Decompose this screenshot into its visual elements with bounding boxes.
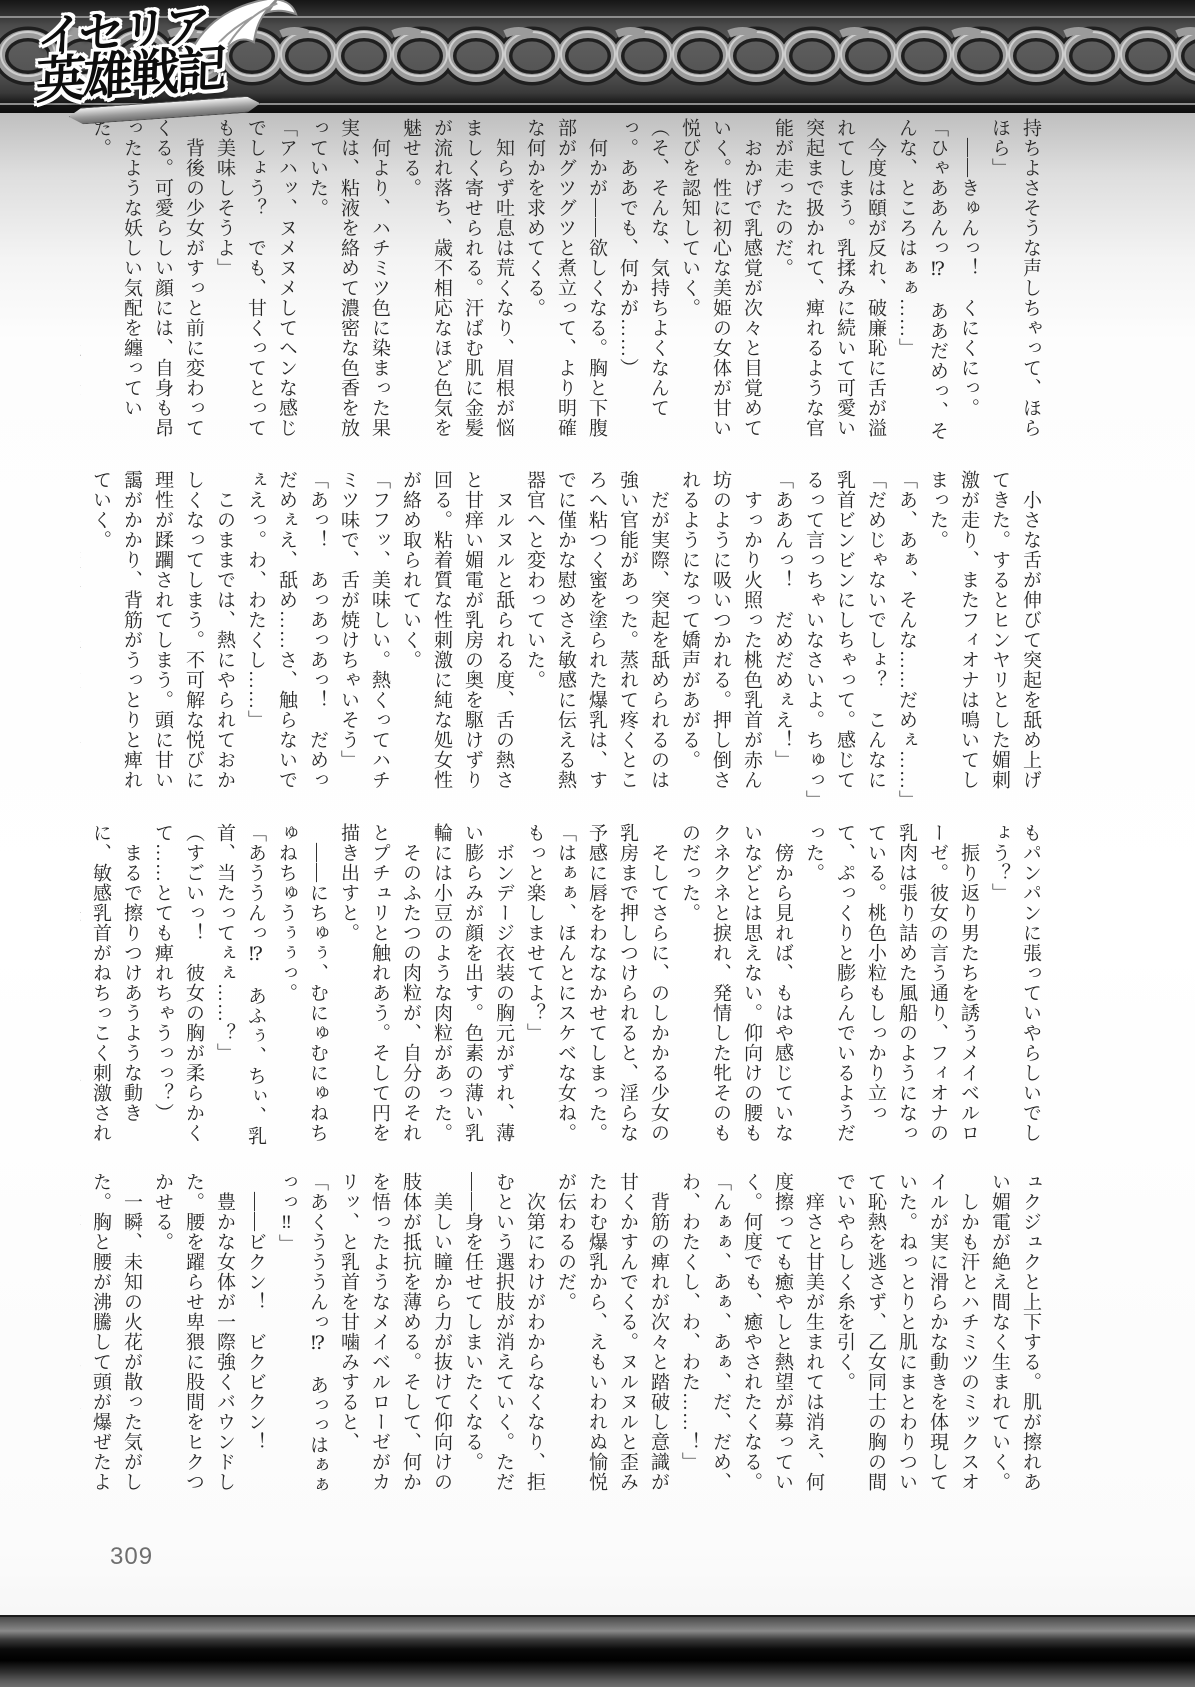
paragraph: そしてさらに、のしかかる少女の乳房まで押しつけられると、淫らな予感に唇をわななか…	[581, 823, 674, 1161]
paragraph: まるで擦りつけあうような動きに、敏感乳首がねちっこく刺激されていく。決して豊かで…	[80, 823, 147, 1161]
text-row-4: ュクジュクと上下する。肌が擦れあい媚電が絶え間なく生まれていく。 しかも汗とハチ…	[80, 1172, 1046, 1510]
paragraph: （そ、そんな、気持ちよくなんてっ。ああでも、何かが……）	[612, 118, 674, 456]
paragraph: 知らず吐息は荒くなり、眉根が悩ましく寄せられる。汗ばむ肌に金髪が流れ落ち、歳不相…	[395, 118, 519, 456]
paragraph: しかし魔姫は陰湿な笑みを浮かべ、両手で揉みながらなおも吸引してきて、恥ずかしくも…	[80, 470, 85, 808]
footer-ornament-band	[0, 1615, 1195, 1687]
paragraph: このままでは、熱にやられておかしくなってしまう。不可解な悦びに理性が蹂躙されてし…	[85, 470, 240, 808]
paragraph: おかげで乳感覚が次々と目覚めていく。性に初心な美姫の女体が甘い悦びを認知していく…	[674, 118, 767, 456]
paragraph: 痒さと甘美が生まれては消え、何度擦っても癒やしと熱望が募っていく。何度でも、癒や…	[736, 1172, 829, 1510]
paragraph: 「あ、あぁ、そんな……だめぇ……」	[891, 470, 922, 808]
paragraph: すっかり火照った桃色乳首が赤ん坊のように吸いつかれる。押し倒されるようになって嬌…	[674, 470, 767, 808]
paragraph: 小さな舌が伸びて突起を舐め上げてきた。するとヒンヤリとした媚刺激が走り、またフィ…	[922, 470, 1046, 808]
paragraph: 一瞬、未知の火花が散った気がした。胸と腰が沸騰して頭が爆ぜたような感じ。だが、そ…	[80, 1172, 147, 1510]
paragraph: もパンパンに張っていやらしいでしょう？」	[984, 823, 1046, 1161]
page-number: 309	[110, 1543, 153, 1571]
paragraph: そして、ゆっくりと口元を近づけると。	[80, 118, 85, 456]
paragraph: 美しい瞳から力が抜けて仰向けの肢体が抵抗を薄める。そして、何かを悟ったようなメイ…	[333, 1172, 457, 1510]
paragraph: ――ビクン！ ビクビクン！	[240, 1172, 271, 1510]
paragraph: 「ひゃああんっ⁉ ああだめっ、そんな、ところはぁぁ……」	[891, 118, 953, 456]
paragraph: 振り返り男たちを誘うメイベルローゼ。彼女の言う通り、フィオナの乳肉は張り詰めた風…	[798, 823, 984, 1161]
paragraph: ――きゅんっ！ くにくにっ。	[953, 118, 984, 456]
scanned-novel-page: イセリア 英雄戦記 持ちよさそうな声しちゃって、ほらほら」 ――きゅんっ！ くに…	[0, 0, 1195, 1687]
paragraph: 「はぁぁ、ほんとにスケベな女ね。もっと楽しませてよ？」	[519, 823, 581, 1161]
paragraph: 「あううんっ⁉ あふぅ、ちぃ、乳首、当たってぇぇ……？」	[209, 823, 271, 1161]
paragraph: ――にちゅぅ、むにゅむにゅねちゅねちゅうぅぅっ。	[271, 823, 333, 1161]
paragraph: 背後の少女がすっと前に変わってくる。可愛らしい顔には、自身も昂ったような妖しい気…	[85, 118, 209, 456]
paragraph: 「だめじゃないでしょ？ こんなに乳首ビンビンにしちゃって。感じてるって言っちゃい…	[798, 470, 891, 808]
paragraph: だが実際、突起を舐められるのは強い官能があった。蒸れて疼くところへ粘つく蜜を塗ら…	[519, 470, 674, 808]
paragraph: 「アハッ、ヌメヌメしてヘンな感じでしょう？ でも、甘くってとっても美味しそうよ」	[209, 118, 302, 456]
paragraph: 「ああんっ！ だめだめぇえ！」	[767, 470, 798, 808]
series-logo: イセリア 英雄戦記	[31, 0, 340, 154]
paragraph: ヌルヌルと舐られる度、舌の熱さと甘痒い媚電が乳房の奥を駆けずり回る。粘着質な性刺…	[395, 470, 519, 808]
paragraph: ュクジュクと上下する。肌が擦れあい媚電が絶え間なく生まれていく。	[984, 1172, 1046, 1510]
paragraph: 背筋の痺れが次々と踏破し意識が甘くかすんでくる。ヌルヌルと歪みたわむ爆乳から、え…	[550, 1172, 674, 1510]
paragraph: 「フフッ、美味しい。熱くってハチミツ味で、舌が焼けちゃいそう」	[333, 470, 395, 808]
text-row-1: 持ちよさそうな声しちゃって、ほらほら」 ――きゅんっ！ くにくにっ。「ひゃああん…	[80, 118, 1046, 456]
paragraph: 豊かな女体が一際強くバウンドした。腰を躍らせ卑猥に股間をヒクつかせる。	[147, 1172, 240, 1510]
text-row-2: 小さな舌が伸びて突起を舐め上げてきた。するとヒンヤリとした媚刺激が走り、またフィ…	[80, 470, 1046, 808]
paragraph: 「んぁぁ、あぁ、あぁ、だ、だめ、わ、わたくし、わ、わた……！」	[674, 1172, 736, 1510]
paragraph: ボンデージ衣装の胸元がずれ、薄い膨らみが顔を出す。色素の薄い乳輪には小豆のような…	[426, 823, 519, 1161]
paragraph: 傍から見れば、もはや感じていないなどとは思えない。仰向けの腰もクネクネと捩れ、発…	[674, 823, 798, 1161]
paragraph: 「あくうううんっ⁉ あっっはぁぁっっ‼」	[271, 1172, 333, 1510]
paragraph: 持ちよさそうな声しちゃって、ほらほら」	[984, 118, 1046, 456]
paragraph: 何かが――欲しくなる。胸と下腹部がグツグツと煮立って、より明確な何かを求めてくる…	[519, 118, 612, 456]
paragraph: 次第にわけがわからなくなり、拒むという選択肢が消えていく。ただ――身を任せてしま…	[457, 1172, 550, 1510]
text-row-3: もパンパンに張っていやらしいでしょう？」 振り返り男たちを誘うメイベルローゼ。彼…	[80, 823, 1046, 1161]
paragraph: 今度は頤が反れ、破廉恥に舌が溢れてしまう。乳揉みに続いて可愛い突起まで扱かれて、…	[767, 118, 891, 456]
paragraph: （すごいっ！ 彼女の胸が柔らかくて……とても痺れちゃうっっ？）	[147, 823, 209, 1161]
paragraph: しかも汗とハチミツのミックスオイルが実に滑らかな動きを体現していた。ねっとりと肌…	[829, 1172, 984, 1510]
paragraph: 何より、ハチミツ色に染まった果実は、粘液を絡めて濃密な色香を放っていた。	[302, 118, 395, 456]
paragraph: 「あっ！ あっあっあっ！ だめっだめぇえ、舐め……さ、触らないでぇえっ。わ、わた…	[240, 470, 333, 808]
paragraph: そのふたつの肉粒が、自分のそれとプチュリと触れあう。そして円を描き出すと。	[333, 823, 426, 1161]
